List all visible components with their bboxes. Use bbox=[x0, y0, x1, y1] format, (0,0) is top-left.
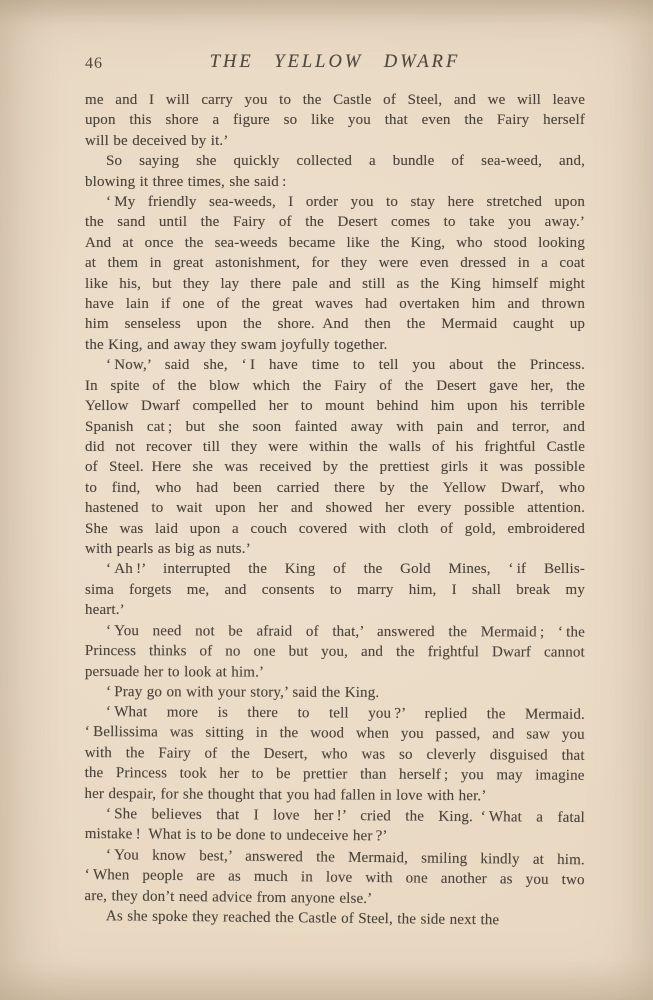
text-line: the sand until the Fairy of the Desert c… bbox=[85, 212, 585, 232]
text-line: hastened to wait upon her and showed her… bbox=[85, 498, 585, 518]
text-line: blowing it three times, she said : bbox=[85, 172, 585, 192]
book-page: 46 THE YELLOW DWARF me and I will carry … bbox=[0, 0, 653, 1000]
text-line: She was laid upon a couch covered with c… bbox=[85, 519, 585, 539]
text-line: Princess thinks of no one but you, and t… bbox=[85, 641, 585, 663]
text-line: the King, and away they swam joyfully to… bbox=[85, 335, 585, 355]
page-header: 46 THE YELLOW DWARF bbox=[85, 52, 585, 78]
paragraph: ‘ My friendly sea-weeds, I order you to … bbox=[85, 192, 585, 355]
paragraph: So saying she quickly collected a bundle… bbox=[85, 151, 585, 192]
text-line: In spite of the blow which the Fairy of … bbox=[85, 376, 585, 396]
paragraph: ‘ What more is there to tell you ?’ repl… bbox=[84, 702, 585, 807]
paragraph: ‘ Pray go on with your story,’ said the … bbox=[85, 682, 585, 704]
paragraph: As she spoke they reached the Castle of … bbox=[85, 906, 585, 932]
text-line: ‘ My friendly sea-weeds, I order you to … bbox=[85, 192, 585, 212]
text-line: to find, who had been carried there by t… bbox=[85, 478, 585, 498]
text-line: her despair, for she thought that you ha… bbox=[84, 784, 584, 807]
text-line: me and I will carry you to the Castle of… bbox=[85, 90, 585, 110]
text-line: ‘ Bellissima was sitting in the wood whe… bbox=[85, 723, 585, 746]
text-line: did not recover till they were within th… bbox=[85, 437, 585, 457]
text-line: persuade her to look at him.’ bbox=[85, 661, 585, 683]
paragraph: ‘ Now,’ said she, ‘ I have time to tell … bbox=[85, 355, 585, 559]
text-line: Yellow Dwarf compelled her to mount behi… bbox=[85, 396, 585, 416]
paragraph: me and I will carry you to the Castle of… bbox=[85, 90, 585, 151]
text-line: ‘ Pray go on with your story,’ said the … bbox=[85, 682, 585, 704]
paragraph: ‘ She believes that I love her !’ cried … bbox=[85, 804, 585, 849]
paragraph: ‘ Ah !’ interrupted the King of the Gold… bbox=[85, 559, 585, 620]
text-line: him senseless upon the shore. And then t… bbox=[85, 314, 585, 334]
running-title: THE YELLOW DWARF bbox=[85, 52, 585, 73]
text-line: So saying she quickly collected a bundle… bbox=[85, 151, 585, 171]
text-line: at them in great astonishment, for they … bbox=[85, 253, 585, 273]
text-line: have lain if one of the great waves had … bbox=[85, 294, 585, 314]
text-block: me and I will carry you to the Castle of… bbox=[85, 90, 585, 927]
text-line: ‘ Ah !’ interrupted the King of the Gold… bbox=[85, 559, 585, 579]
text-line: ‘ You need not be afraid of that,’ answe… bbox=[85, 621, 585, 643]
text-line: the Princess took her to be prettier tha… bbox=[85, 763, 585, 786]
text-line: will be deceived by it.’ bbox=[85, 131, 585, 151]
text-line: with pearls as big as nuts.’ bbox=[85, 539, 585, 559]
text-line: like his, but they lay there pale and st… bbox=[85, 274, 585, 294]
text-line: ‘ Now,’ said she, ‘ I have time to tell … bbox=[85, 355, 585, 375]
paragraph: ‘ You need not be afraid of that,’ answe… bbox=[85, 621, 585, 684]
text-line: And at once the sea-weeds became like th… bbox=[85, 233, 585, 253]
text-line: heart.’ bbox=[85, 600, 585, 620]
paragraph: ‘ You know best,’ answered the Mermaid, … bbox=[84, 845, 585, 911]
text-line: upon this shore a figure so like you tha… bbox=[85, 110, 585, 130]
text-line: sima forgets me, and consents to marry h… bbox=[85, 580, 585, 600]
text-line: of Steel. Here she was received by the p… bbox=[85, 457, 585, 477]
text-line: As she spoke they reached the Castle of … bbox=[85, 906, 585, 932]
text-line: Spanish cat ; but she soon fainted away … bbox=[85, 417, 585, 437]
